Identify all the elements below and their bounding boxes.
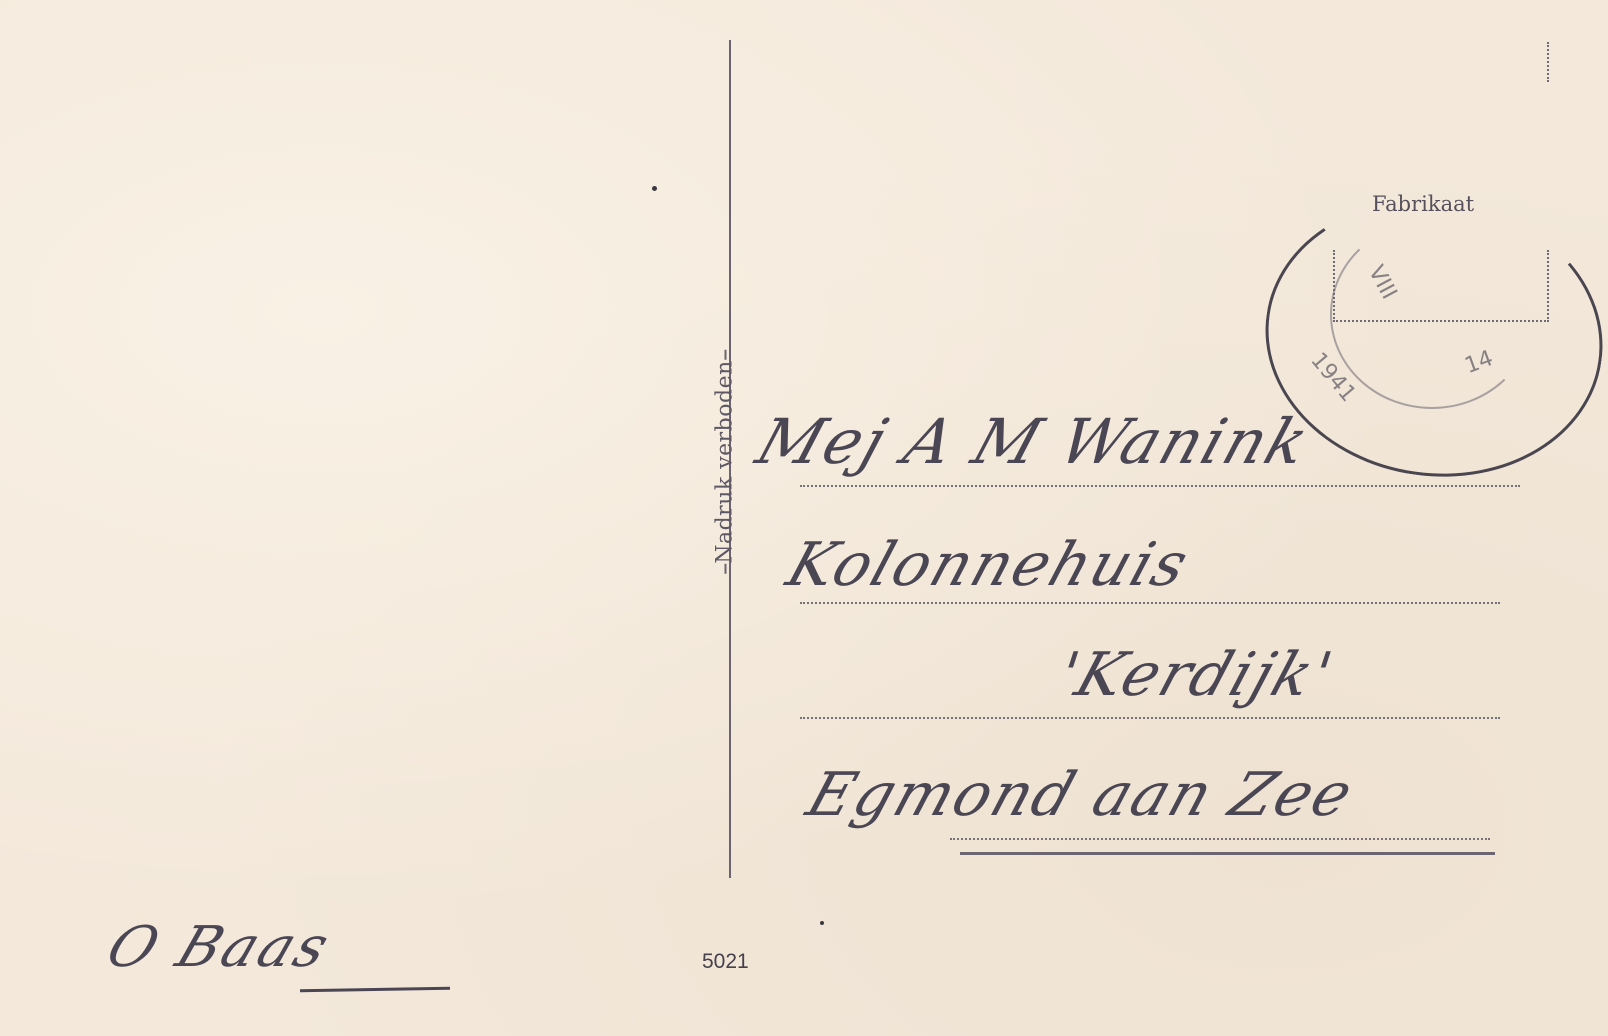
address-line-3 <box>800 717 1500 719</box>
address-building: Kolonnehuis <box>779 530 1198 600</box>
card-number: 5021 <box>702 950 749 974</box>
notice-dash-right <box>725 350 727 360</box>
notice-dash-left <box>725 564 727 574</box>
signature-underline <box>300 987 450 993</box>
address-line-4-underline <box>960 852 1495 855</box>
address-line-1 <box>800 485 1520 487</box>
address-line-4 <box>950 838 1490 840</box>
ink-speck <box>820 921 824 925</box>
address-line-2 <box>800 602 1500 604</box>
reprint-notice: Nadruk verboden <box>713 350 738 574</box>
postcard-back: Nadruk verboden Fabrikaat VIII 1941 14 M… <box>0 0 1608 1036</box>
reprint-notice-text: Nadruk verboden <box>713 360 738 564</box>
address-city: Egmond aan Zee <box>799 760 1363 830</box>
address-street: 'Kerdijk' <box>1049 640 1343 710</box>
postmark-inner-ring <box>1330 220 1534 409</box>
ink-speck <box>652 186 657 191</box>
address-recipient: Mej A M Wanink <box>748 405 1319 478</box>
sender-signature: O Baas <box>98 915 340 980</box>
stamp-box-edge <box>1547 42 1549 82</box>
